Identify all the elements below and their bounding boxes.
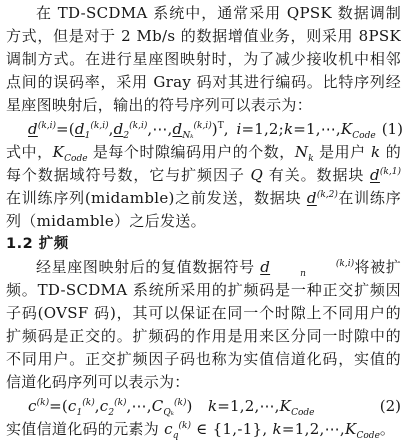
math-run: c2(k) xyxy=(100,397,127,415)
text-run: =( xyxy=(49,397,68,415)
math-run: k xyxy=(284,120,293,138)
math-run: k xyxy=(371,143,380,161)
paragraph-intro: 在 TD-SCDMA 系统中，通常采用 QPSK 数据调制方式，但是对于 2 M… xyxy=(6,2,401,117)
text-run: ∈ {1,-1}, xyxy=(191,420,273,438)
text-run: 在训练序列(midamble)之前发送，数据块 xyxy=(6,189,307,207)
text-run: , xyxy=(109,120,114,138)
math-run: dn(k,i) xyxy=(260,258,354,276)
text-run: 是每个时隙编码用户的个数， xyxy=(88,143,295,161)
text-run: 实值信道化码的元素为 xyxy=(6,420,164,438)
section-heading-spreading: 1.2 扩频 xyxy=(6,233,401,256)
text-run: 式中， xyxy=(6,143,53,161)
math-run: c(k) xyxy=(28,397,49,415)
math-run: KCode xyxy=(280,397,315,415)
text-run: 有关。数据块 xyxy=(263,166,370,184)
text-run: =( xyxy=(56,120,75,138)
math-run: d(k,2) xyxy=(307,189,338,207)
math-run: d(k,1) xyxy=(370,166,401,184)
text-run: ,⋯, xyxy=(127,397,152,415)
math-run: d2(k,i) xyxy=(114,120,148,138)
formula-2-number: (2) xyxy=(380,394,401,418)
math-run: KCode xyxy=(341,120,376,138)
math-run: c1(k) xyxy=(68,397,95,415)
math-run: dNₖ(k,i) xyxy=(173,120,212,138)
formula-1-number: (1) xyxy=(382,117,403,141)
math-run: Nk xyxy=(295,143,314,161)
formula-2: c(k)=(c1(k),c2(k),⋯,CQₖ(k)) k=1,2,⋯,KCod… xyxy=(6,394,401,418)
paragraph-channelization-elements: 实值信道化码的元素为 cq(k) ∈ {1,-1}, k=1,2,⋯,KCode… xyxy=(6,418,401,440)
text-run: 是用户 xyxy=(314,143,371,161)
text-run: =1,2,⋯, xyxy=(282,420,345,438)
math-run: d(k,i) xyxy=(28,120,56,138)
math-run: CQₖ(k) xyxy=(152,397,187,415)
text-run: ) xyxy=(187,397,208,415)
math-run: Q xyxy=(251,166,264,184)
text-run: =1,⋯, xyxy=(293,120,341,138)
paragraph-formula1-explanation: 式中，KCode 是每个时隙编码用户的个数，Nk 是用户 k 的每个数据域符号数… xyxy=(6,141,401,233)
math-run: KCode xyxy=(345,420,380,438)
text-run: , xyxy=(95,397,100,415)
text-run: =1,2; xyxy=(241,120,283,138)
text-run: 在 TD-SCDMA 系统中，通常采用 QPSK 数据调制方式，但是对于 2 M… xyxy=(6,4,401,114)
math-run: k xyxy=(208,397,217,415)
text-run: ,⋯, xyxy=(147,120,172,138)
formula-1-body: d(k,i)=(d1(k,i),d2(k,i),⋯,dNₖ(k,i))T, i=… xyxy=(28,117,376,141)
text-run: , xyxy=(224,120,237,138)
text-run: 将被扩频。TD-SCDMA 系统所采用的扩频码是一种正交扩频因子码(OVSF 码… xyxy=(6,258,401,391)
math-run: KCode xyxy=(53,143,88,161)
formula-1: d(k,i)=(d1(k,i),d2(k,i),⋯,dNₖ(k,i))T, i=… xyxy=(6,117,401,141)
math-run: d1(k,i) xyxy=(75,120,109,138)
paragraph-spreading: 经星座图映射后的复值数据符号 dn(k,i)将被扩频。TD-SCDMA 系统所采… xyxy=(6,256,401,394)
document-page: 在 TD-SCDMA 系统中，通常采用 QPSK 数据调制方式，但是对于 2 M… xyxy=(0,0,406,440)
math-run: cq(k) xyxy=(164,420,191,438)
text-run: )T xyxy=(212,120,224,138)
text-run: =1,2,⋯, xyxy=(217,397,279,415)
text-run: 经星座图映射后的复值数据符号 xyxy=(36,258,260,276)
math-run: k xyxy=(273,420,282,438)
text-run: 。 xyxy=(380,420,395,438)
formula-2-body: c(k)=(c1(k),c2(k),⋯,CQₖ(k)) k=1,2,⋯,KCod… xyxy=(28,394,374,418)
